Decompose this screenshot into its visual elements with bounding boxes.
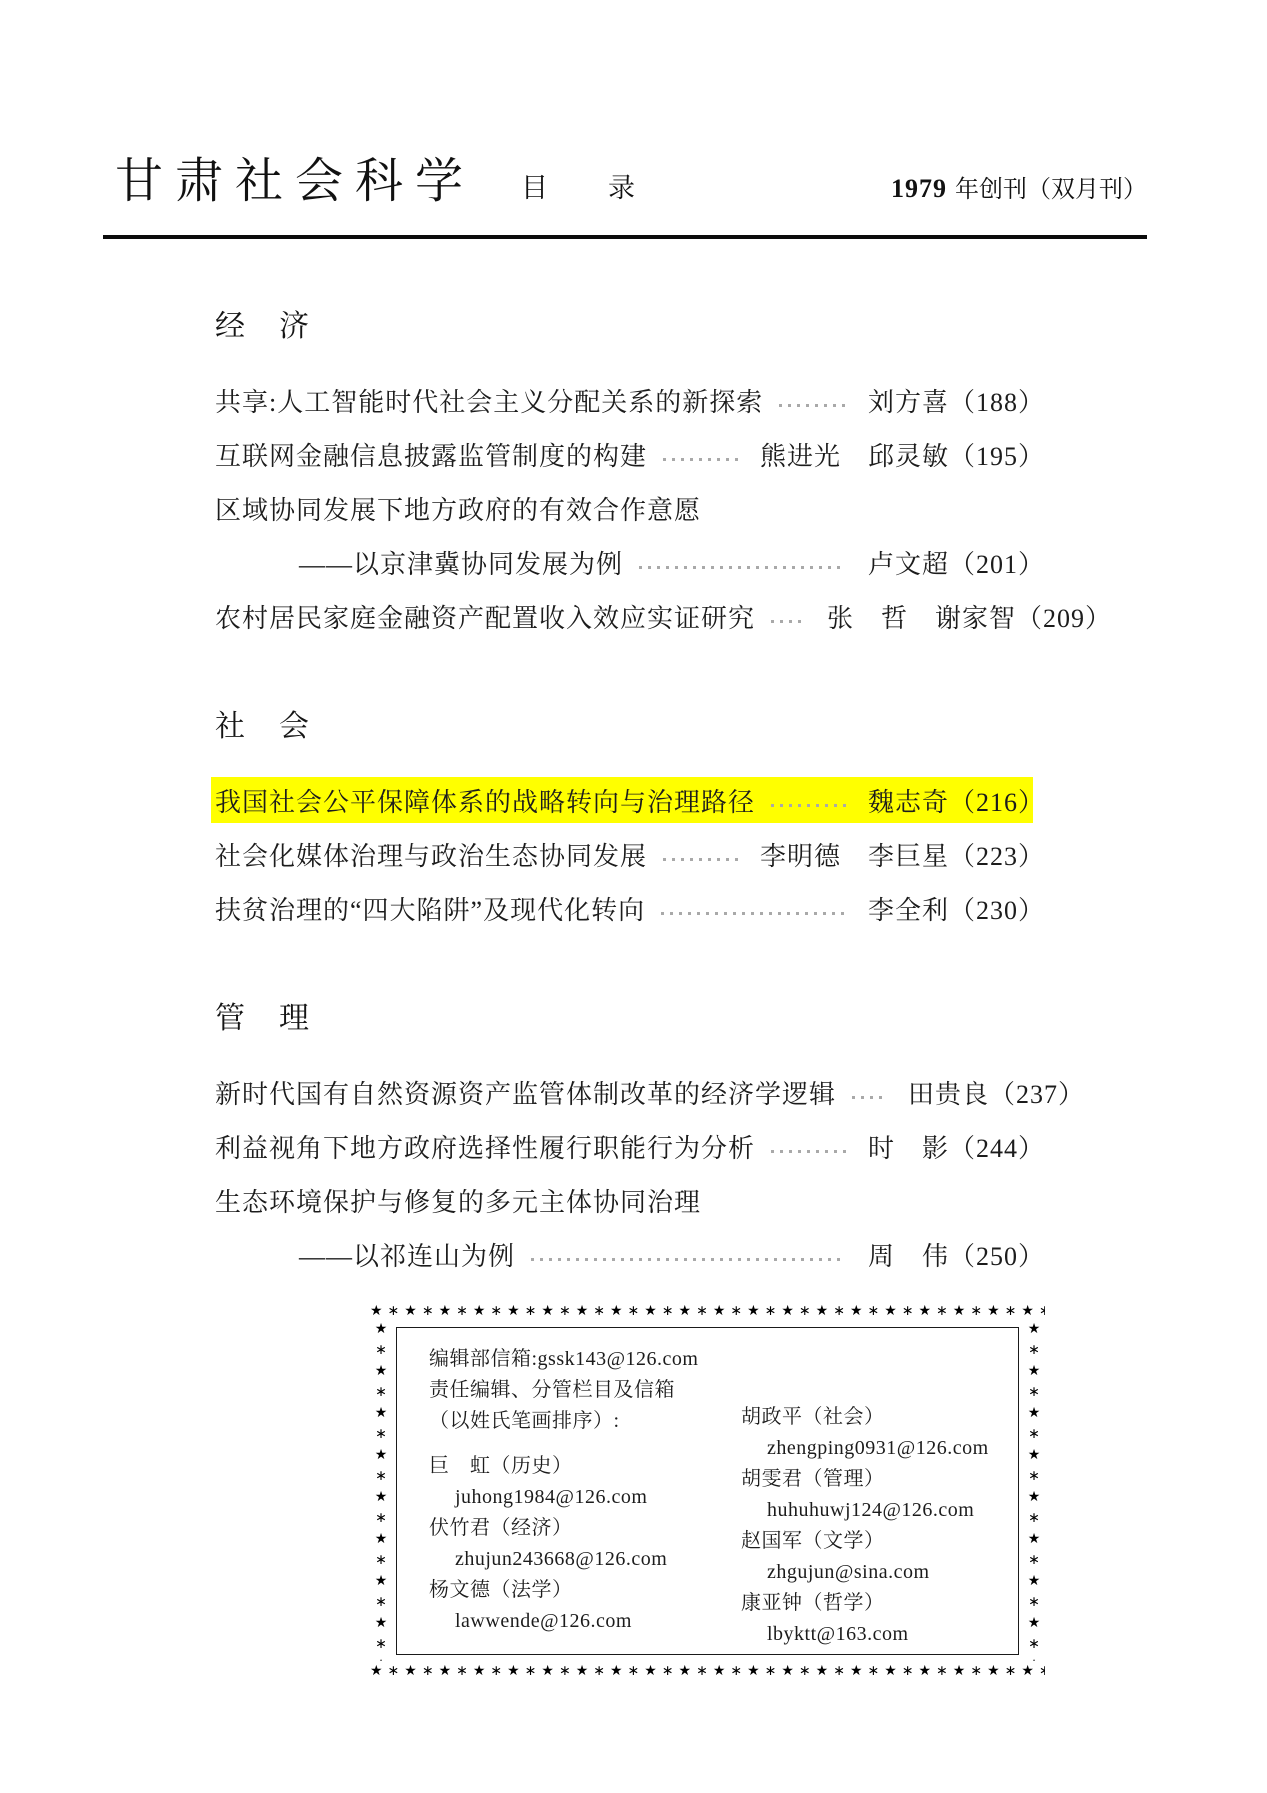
entry-title: 社会化媒体治理与政治生态协同发展	[215, 836, 647, 873]
editor-email: juhong1984@126.com	[429, 1482, 741, 1513]
toc-entry[interactable]: 共享:人工智能时代社会主义分配关系的新探索 刘方喜 （188）	[215, 373, 1045, 427]
founded-suffix: 年创刊（双月刊）	[955, 177, 1147, 203]
editor-box-right-column: 胡政平（社会） zhengping0931@126.com 胡雯君（管理） hu…	[741, 1344, 1010, 1646]
entry-authors: 周 伟	[868, 1236, 949, 1273]
entry-page: （250）	[949, 1236, 1045, 1273]
entry-title: 利益视角下地方政府选择性履行职能行为分析	[215, 1128, 755, 1165]
section-title-management: 管 理	[215, 993, 1045, 1037]
editor-email: zhengping0931@126.com	[741, 1433, 1010, 1464]
editors-note-line: 责任编辑、分管栏目及信箱	[429, 1375, 741, 1406]
entry-authors: 李明德 李巨星	[760, 836, 949, 873]
editor-name: 伏竹君（经济）	[429, 1513, 741, 1544]
dot-leader	[771, 1149, 846, 1153]
sort-note-line: （以姓氏笔画排序）:	[429, 1406, 741, 1437]
entry-title: 生态环境保护与修复的多元主体协同治理	[215, 1182, 701, 1219]
entry-page: （209）	[1016, 598, 1112, 635]
toc-entry[interactable]: 农村居民家庭金融资产配置收入效应实证研究 张 哲 谢家智 （209）	[215, 589, 1045, 643]
journal-contents-page: 甘肃社会科学 目 录 1979年创刊（双月刊） 经 济 共享:人工智能时代社会主…	[0, 0, 1267, 1793]
editor-mailbox-line: 编辑部信箱:gssk143@126.com	[429, 1344, 741, 1375]
toc-entry-subtitle[interactable]: ——以祁连山为例 周 伟 （250）	[215, 1227, 1045, 1281]
entry-page: （216）	[949, 782, 1045, 819]
entry-authors: 时 影	[868, 1128, 949, 1165]
journal-title: 甘肃社会科学	[115, 142, 475, 211]
star-border-bottom-icon: ★∗★∗★∗★∗★∗★∗★∗★∗★∗★∗★∗★∗★∗★∗★∗★∗★∗★∗★∗★∗…	[370, 1661, 1045, 1681]
entry-authors: 张 哲 谢家智	[827, 598, 1016, 635]
entry-title: 互联网金融信息披露监管制度的构建	[215, 436, 647, 473]
entry-title: 农村居民家庭金融资产配置收入效应实证研究	[215, 598, 755, 635]
toc-entry[interactable]: 扶贫治理的“四大陷阱”及现代化转向 李全利 （230）	[215, 881, 1045, 935]
section-title-economy: 经 济	[215, 301, 1045, 345]
editor-email: lbyktt@163.com	[741, 1619, 1010, 1650]
editor-name: 巨 虹（历史）	[429, 1451, 741, 1482]
toc-entry[interactable]: 利益视角下地方政府选择性履行职能行为分析 时 影 （244）	[215, 1119, 1045, 1173]
spacer	[429, 1437, 741, 1451]
entry-page: （223）	[949, 836, 1045, 873]
editor-name: 胡雯君（管理）	[741, 1464, 1010, 1495]
entry-page: （195）	[949, 436, 1045, 473]
star-border-top-icon: ★∗★∗★∗★∗★∗★∗★∗★∗★∗★∗★∗★∗★∗★∗★∗★∗★∗★∗★∗★∗…	[370, 1301, 1045, 1321]
entry-authors: 李全利	[868, 890, 949, 927]
editor-email: zhujun243668@126.com	[429, 1544, 741, 1575]
entry-title: ——以京津冀协同发展为例	[299, 544, 623, 581]
editor-name: 赵国军（文学）	[741, 1526, 1010, 1557]
entry-title: 新时代国有自然资源资产监管体制改革的经济学逻辑	[215, 1074, 836, 1111]
entry-page: （237）	[989, 1074, 1085, 1111]
journal-header: 甘肃社会科学 目 录 1979年创刊（双月刊）	[0, 0, 1267, 211]
toc-entry-subtitle[interactable]: ——以京津冀协同发展为例 卢文超 （201）	[215, 535, 1045, 589]
dot-leader	[771, 803, 846, 807]
entry-page: （188）	[949, 382, 1045, 419]
entry-page: （201）	[949, 544, 1045, 581]
entry-title: 我国社会公平保障体系的战略转向与治理路径	[215, 782, 755, 819]
entry-page: （230）	[949, 890, 1045, 927]
dot-leader	[779, 403, 846, 407]
editor-name: 杨文德（法学）	[429, 1575, 741, 1606]
entry-title: 区域协同发展下地方政府的有效合作意愿	[215, 490, 701, 527]
dot-leader	[663, 857, 738, 861]
editor-box-inner: 编辑部信箱:gssk143@126.com 责任编辑、分管栏目及信箱 （以姓氏笔…	[396, 1327, 1019, 1655]
dot-leader	[852, 1095, 886, 1099]
star-border-left-icon: ★∗★∗★∗★∗★∗★∗★∗★∗★∗★∗★∗★∗	[371, 1321, 391, 1661]
toc-entry[interactable]: 生态环境保护与修复的多元主体协同治理	[215, 1173, 1045, 1227]
toc-entry[interactable]: 社会化媒体治理与政治生态协同发展 李明德 李巨星 （223）	[215, 827, 1045, 881]
entry-authors: 魏志奇	[868, 782, 949, 819]
dot-leader	[771, 619, 805, 623]
entry-page: （244）	[949, 1128, 1045, 1165]
entry-title: ——以祁连山为例	[299, 1236, 515, 1273]
entry-authors: 田贵良	[908, 1074, 989, 1111]
entry-title: 共享:人工智能时代社会主义分配关系的新探索	[215, 382, 763, 419]
editor-email: zhgujun@sina.com	[741, 1557, 1010, 1588]
header-rule	[103, 235, 1147, 239]
star-border-right-icon: ★∗★∗★∗★∗★∗★∗★∗★∗★∗★∗★∗★∗	[1024, 1321, 1044, 1661]
editor-email: lawwende@126.com	[429, 1606, 741, 1637]
editor-box-left-column: 编辑部信箱:gssk143@126.com 责任编辑、分管栏目及信箱 （以姓氏笔…	[429, 1344, 741, 1646]
dot-leader	[663, 457, 738, 461]
editor-contact-box: ★∗★∗★∗★∗★∗★∗★∗★∗★∗★∗★∗★∗★∗★∗★∗★∗★∗★∗★∗★∗…	[370, 1301, 1045, 1681]
founded-year: 1979	[891, 174, 947, 203]
contents-label: 目 录	[521, 166, 637, 205]
entry-authors: 卢文超	[868, 544, 949, 581]
editor-name: 胡政平（社会）	[741, 1402, 1010, 1433]
toc-entry[interactable]: 新时代国有自然资源资产监管体制改革的经济学逻辑 田贵良 （237）	[215, 1065, 1045, 1119]
dot-leader	[531, 1257, 846, 1261]
toc-entry-highlighted[interactable]: 我国社会公平保障体系的战略转向与治理路径 魏志奇 （216）	[215, 773, 1045, 827]
section-title-society: 社 会	[215, 701, 1045, 745]
dot-leader	[661, 911, 846, 915]
entry-authors: 熊进光 邱灵敏	[760, 436, 949, 473]
table-of-contents: 经 济 共享:人工智能时代社会主义分配关系的新探索 刘方喜 （188） 互联网金…	[215, 301, 1045, 1681]
editor-name: 康亚钟（哲学）	[741, 1588, 1010, 1619]
entry-authors: 刘方喜	[868, 382, 949, 419]
toc-entry[interactable]: 互联网金融信息披露监管制度的构建 熊进光 邱灵敏 （195）	[215, 427, 1045, 481]
founded-note: 1979年创刊（双月刊）	[891, 169, 1147, 204]
entry-title: 扶贫治理的“四大陷阱”及现代化转向	[215, 890, 645, 927]
dot-leader	[639, 565, 846, 569]
editor-email: huhuhuwj124@126.com	[741, 1495, 1010, 1526]
toc-entry[interactable]: 区域协同发展下地方政府的有效合作意愿	[215, 481, 1045, 535]
